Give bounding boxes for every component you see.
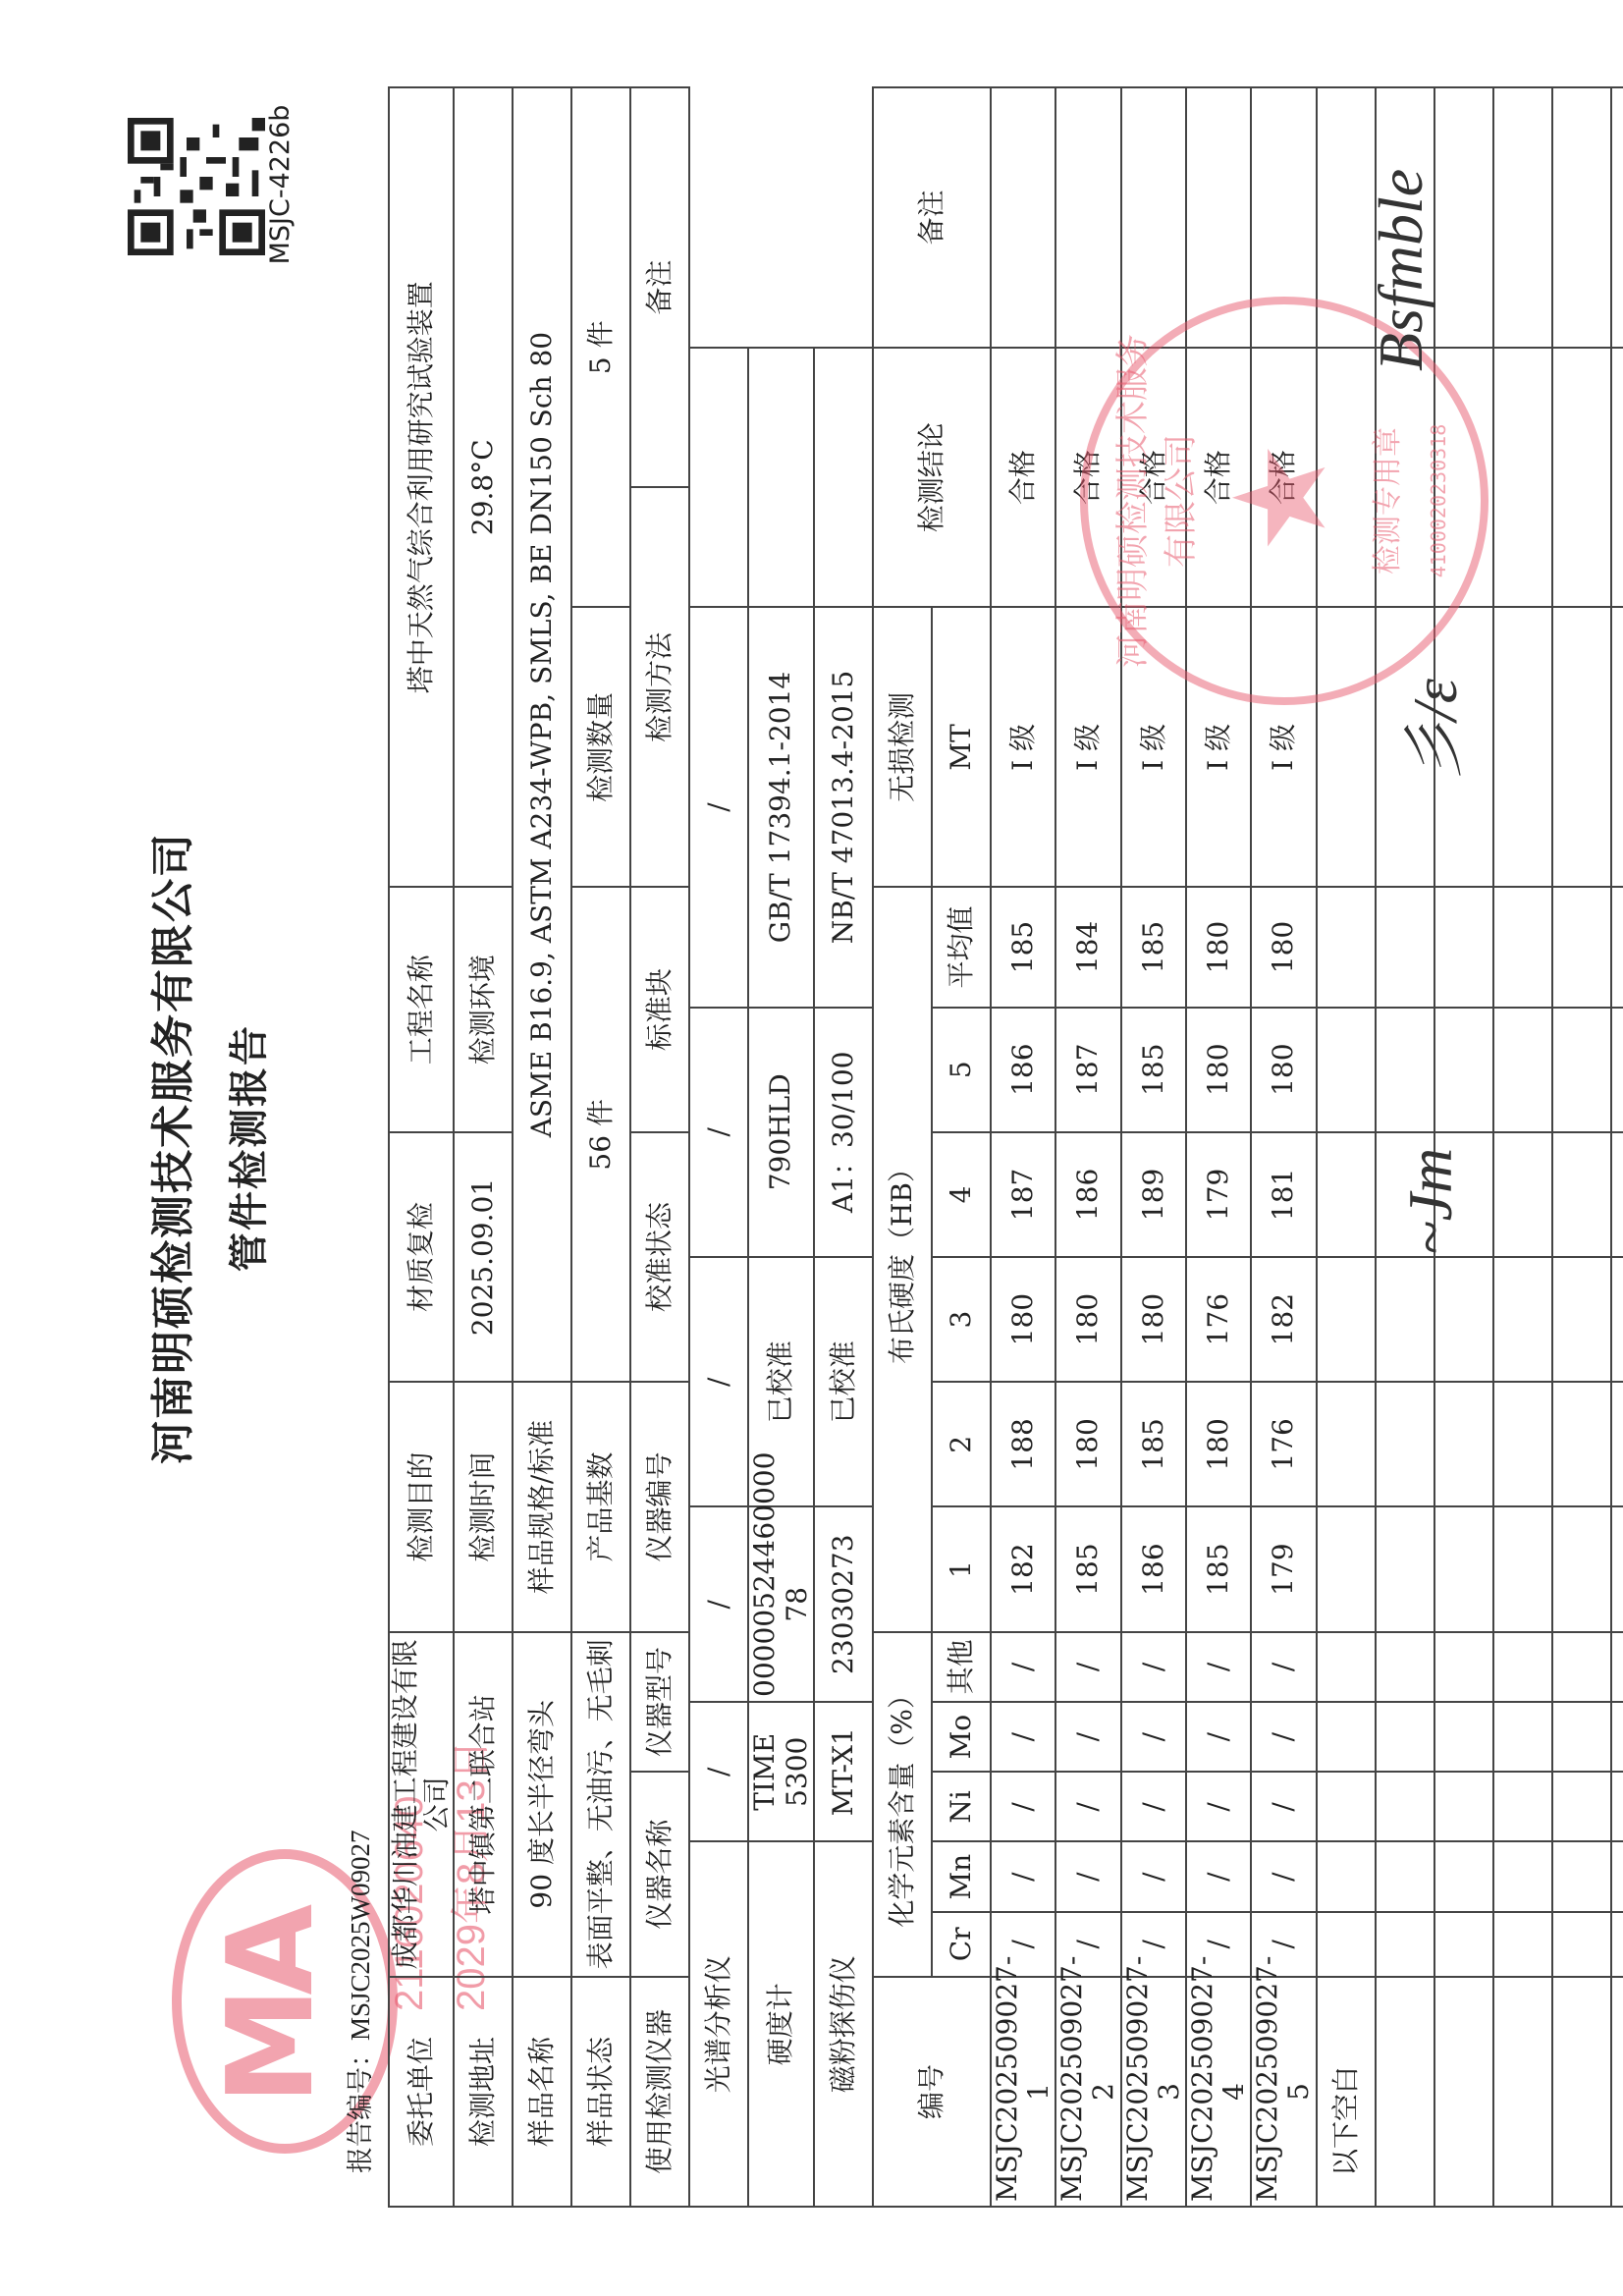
empty-cell (1552, 1506, 1611, 1631)
chem-value: / (1121, 1632, 1186, 1702)
empty-cell (1434, 1257, 1493, 1382)
empty-cell (1317, 1008, 1376, 1132)
empty-cell (1552, 1632, 1611, 1702)
instrument-name: 光谱分析仪 (689, 1842, 748, 2208)
document-code: MSJC-4226b (265, 77, 296, 293)
empty-cell (1552, 1912, 1611, 1977)
empty-cell (1611, 1912, 1623, 1977)
empty-cell (1317, 1132, 1376, 1257)
report-number-label: 报告编号： (346, 2041, 376, 2173)
conclusion: 合格 (991, 348, 1055, 608)
hb-value: 186 (1121, 1506, 1186, 1631)
hb-value: 186 (1055, 1132, 1120, 1257)
hb-col-header: 1 (932, 1506, 991, 1631)
empty-cell (1317, 1506, 1376, 1631)
site-value: 塔中镇第二联合站 (454, 1632, 513, 1977)
instrument-calibration: 已校准 (814, 1257, 873, 1506)
chem-value: / (1055, 1702, 1120, 1772)
empty-cell (1493, 887, 1552, 1007)
report-number: 报告编号：MSJC2025W09027 (339, 1830, 377, 2173)
empty-cell (1493, 1132, 1552, 1257)
instrument-col-calibration: 校准状态 (630, 1132, 689, 1382)
spec-label: 样品规格/标准 (513, 1382, 571, 1631)
instrument-model: MT-X1 (814, 1702, 873, 1842)
empty-cell (1552, 87, 1611, 348)
hb-value: 179 (1251, 1506, 1316, 1631)
empty-cell (1434, 1772, 1493, 1841)
empty-cell (1611, 87, 1623, 348)
hb-value: 180 (1186, 1382, 1251, 1506)
instrument-method: / (689, 607, 748, 1007)
info-row-client: 委托单位 成都华川油建工程建设有限公司 检测目的 材质复检 工程名称 塔中天然气… (389, 87, 454, 2207)
empty-cell (1434, 1632, 1493, 1702)
chem-value: / (991, 1842, 1055, 1912)
empty-row (1493, 87, 1552, 2207)
chem-value: / (991, 1702, 1055, 1772)
qr-code-icon (128, 118, 265, 255)
empty-cell (1552, 1382, 1611, 1506)
info-row-site: 检测地址 塔中镇第二联合站 检测时间 2025.09.01 检测环境 29.8°… (454, 87, 513, 2207)
empty-cell (1611, 1842, 1623, 1912)
empty-cell (1317, 1257, 1376, 1382)
remark (991, 87, 1055, 348)
hb-value: 187 (1055, 1008, 1120, 1132)
seal-purpose-text: 检测专用章 (1363, 363, 1406, 638)
instrument-name: 磁粉探伤仪 (814, 1842, 873, 2208)
instrument-method: GB/T 17394.1-2014 (748, 607, 813, 1007)
seal-company-text: 河南明硕检测技术服务有限公司 (1106, 334, 1202, 668)
empty-cell (1317, 1382, 1376, 1506)
hb-average: 180 (1186, 887, 1251, 1007)
instrument-block: / (689, 1008, 748, 1257)
empty-cell (1376, 1008, 1434, 1132)
chem-value: / (1251, 1702, 1316, 1772)
qty-value: 5 件 (571, 87, 630, 607)
test-report-page: 河南明硕检测技术服务有限公司 管件检测报告 MA 2116020640 2029… (0, 0, 1623, 2296)
client-label: 委托单位 (389, 1977, 454, 2207)
instrument-serial: 23030273 (814, 1506, 873, 1702)
chem-col-header: Cr (932, 1912, 991, 1977)
instrument-row: 硬度计TIME 530000000524460000​78已校准790HLDGB… (748, 87, 813, 2207)
empty-cell (1493, 87, 1552, 348)
report-number-value: MSJC2025W09027 (346, 1830, 375, 2041)
hb-value: 185 (1055, 1506, 1120, 1631)
chem-value: / (1251, 1632, 1316, 1702)
empty-cell (1493, 1702, 1552, 1772)
empty-cell (1552, 607, 1611, 887)
empty-cell (1434, 1702, 1493, 1772)
empty-cell (1376, 887, 1434, 1007)
empty-cell (1493, 1257, 1552, 1382)
empty-cell (1552, 1977, 1611, 2207)
empty-cell (1611, 607, 1623, 887)
instrument-remark (814, 348, 873, 608)
cma-logo-icon: MA (203, 1912, 340, 2105)
info-row-state: 样品状态 表面平整、无油污、无毛刺 产品基数 56 件 检测数量 5 件 (571, 87, 630, 2207)
instrument-calibration: / (689, 1257, 748, 1506)
chem-value: / (1121, 1842, 1186, 1912)
remark (1055, 87, 1120, 348)
chem-col-header: 其他 (932, 1632, 991, 1702)
hb-value: 176 (1186, 1257, 1251, 1382)
chem-value: / (1186, 1702, 1251, 1772)
hb-value: 182 (991, 1506, 1055, 1631)
reviewer-signature: 彡/ε (1384, 679, 1475, 784)
empty-row (1611, 87, 1623, 2207)
empty-cell (1434, 1912, 1493, 1977)
state-label: 样品状态 (571, 1977, 630, 2207)
hb-value: 181 (1251, 1132, 1316, 1257)
date-label: 检测时间 (454, 1382, 513, 1631)
hb-average: 185 (991, 887, 1055, 1007)
empty-cell (1493, 1382, 1552, 1506)
sample-label: 样品名称 (513, 1977, 571, 2207)
chem-value: / (991, 1632, 1055, 1702)
empty-cell (1611, 1132, 1623, 1257)
remark (1121, 87, 1186, 348)
hb-col-header: 3 (932, 1257, 991, 1382)
empty-cell (1317, 887, 1376, 1007)
instrument-model: / (689, 1702, 748, 1842)
empty-cell (1376, 1257, 1434, 1382)
instrument-serial: / (689, 1506, 748, 1702)
hb-average: 184 (1055, 887, 1120, 1007)
empty-cell (1611, 1506, 1623, 1631)
chem-value: / (1186, 1632, 1251, 1702)
hb-value: 185 (1186, 1506, 1251, 1631)
chem-value: / (991, 1772, 1055, 1841)
instrument-row: 磁粉探伤仪MT-X123030273已校准A1：30/100NB/T 47013… (814, 87, 873, 2207)
empty-cell (1493, 1772, 1552, 1841)
empty-cell (1376, 1977, 1434, 2207)
empty-cell (1611, 1977, 1623, 2207)
empty-cell (1552, 1008, 1611, 1132)
chem-value: / (1251, 1772, 1316, 1841)
instrument-col-remark: 备注 (630, 87, 689, 487)
instrument-row: 光谱分析仪///// (689, 87, 748, 2207)
spec-value: ASME B16.9, ASTM A234-WPB, SMLS, BE DN15… (513, 87, 571, 1382)
empty-cell (1611, 1702, 1623, 1772)
info-row-sample: 样品名称 90 度长半径弯头 样品规格/标准 ASME B16.9, ASTM … (513, 87, 571, 2207)
empty-cell (1611, 1632, 1623, 1702)
empty-cell (1552, 1257, 1611, 1382)
chem-value: / (1186, 1842, 1251, 1912)
sample-id: MSJC202509027-1 (991, 1977, 1055, 2207)
empty-cell (1611, 1257, 1623, 1382)
mt-col-header: MT (932, 607, 991, 887)
hb-value: 182 (1251, 1257, 1316, 1382)
state-value: 表面平整、无油污、无毛刺 (571, 1632, 630, 1977)
hb-value: 185 (1121, 1382, 1186, 1506)
chem-value: / (1055, 1772, 1120, 1841)
result-row: MSJC202509027-1/////182188180187186185I … (991, 87, 1055, 2207)
empty-cell (1611, 1382, 1623, 1506)
qty-label: 检测数量 (571, 607, 630, 887)
empty-cell (1434, 887, 1493, 1007)
empty-cell (1434, 87, 1493, 348)
empty-cell (1552, 1772, 1611, 1841)
hb-header: 布氏硬度（HB） (873, 887, 932, 1631)
chem-col-header: Ni (932, 1772, 991, 1841)
empty-cell (1611, 348, 1623, 608)
hb-value: 180 (991, 1257, 1055, 1382)
instrument-col-method: 检测方法 (630, 487, 689, 887)
empty-cell (1317, 1702, 1376, 1772)
hb-col-header: 4 (932, 1132, 991, 1257)
empty-cell (1317, 1912, 1376, 1977)
remark-header: 备注 (873, 87, 991, 348)
mt-grade: I 级 (991, 607, 1055, 887)
sample-id: MSJC202509027-3 (1121, 1977, 1186, 2207)
empty-cell (1493, 348, 1552, 608)
seal-number: 4100020230318 (1427, 383, 1450, 619)
chem-value: / (1121, 1702, 1186, 1772)
empty-cell (1376, 1382, 1434, 1506)
inspector-signature: ~Jm (1394, 1148, 1467, 1255)
hb-value: 176 (1251, 1382, 1316, 1506)
hb-average: 185 (1121, 887, 1186, 1007)
hb-value: 180 (1055, 1257, 1120, 1382)
instrument-method: NB/T 47013.4-2015 (814, 607, 873, 1007)
empty-cell (1611, 1008, 1623, 1132)
empty-cell (1552, 348, 1611, 608)
hb-value: 180 (1055, 1382, 1120, 1506)
empty-cell (1552, 1702, 1611, 1772)
sample-value: 90 度长半径弯头 (513, 1632, 571, 1977)
hb-col-header: 平均值 (932, 887, 991, 1007)
instrument-remark (748, 348, 813, 608)
instrument-header-row: 使用检测仪器 仪器名称 仪器型号 仪器编号 校准状态 标准块 检测方法 备注 (630, 87, 689, 2207)
site-label: 检测地址 (454, 1977, 513, 2207)
env-value: 29.8°C (454, 87, 513, 887)
empty-cell (1493, 1506, 1552, 1631)
chem-header: 化学元素含量（%） (873, 1632, 932, 1977)
client-value: 成都华川油建工程建设有限公司 (389, 1632, 454, 1977)
empty-cell (1376, 1842, 1434, 1912)
empty-cell (1376, 1506, 1434, 1631)
empty-cell (1611, 1772, 1623, 1841)
hb-value: 180 (1121, 1257, 1186, 1382)
base-label: 产品基数 (571, 1382, 630, 1631)
hb-average: 180 (1251, 887, 1316, 1007)
empty-cell (1552, 1842, 1611, 1912)
instrument-block: 790HLD (748, 1008, 813, 1257)
empty-cell (1376, 1912, 1434, 1977)
empty-cell (1376, 1772, 1434, 1841)
sample-id: MSJC202509027-4 (1186, 1977, 1251, 2207)
empty-cell (1317, 1632, 1376, 1702)
results-header-row-1: 编号 化学元素含量（%） 布氏硬度（HB） 无损检测 检测结论 备注 (873, 87, 932, 2207)
purpose-value: 材质复检 (389, 1132, 454, 1382)
approver-signature: Bsfmble (1365, 169, 1437, 371)
instrument-col-block: 标准块 (630, 887, 689, 1131)
hb-value: 180 (1186, 1008, 1251, 1132)
empty-cell (1434, 1506, 1493, 1631)
empty-cell (1317, 1772, 1376, 1841)
empty-cell (1376, 1632, 1434, 1702)
instrument-model: TIME 5300 (748, 1702, 813, 1842)
empty-cell (1434, 1382, 1493, 1506)
chem-col-header: Mo (932, 1702, 991, 1772)
seal-star-icon: ★ (1206, 440, 1355, 555)
ndt-header: 无损检测 (873, 607, 932, 887)
hb-value: 185 (1121, 1008, 1186, 1132)
empty-cell (1493, 1632, 1552, 1702)
instrument-col-name: 仪器名称 (630, 1772, 689, 1977)
sample-id: MSJC202509027-5 (1251, 1977, 1316, 2207)
chem-value: / (1186, 1772, 1251, 1841)
project-value: 塔中天然气综合利用研究试验装置 (389, 87, 454, 887)
empty-cell (1493, 1842, 1552, 1912)
empty-cell (1552, 887, 1611, 1007)
empty-cell (1434, 1008, 1493, 1132)
purpose-label: 检测目的 (389, 1382, 454, 1631)
chem-value: / (1251, 1842, 1316, 1912)
instrument-col-serial: 仪器编号 (630, 1382, 689, 1631)
date-value: 2025.09.01 (454, 1132, 513, 1382)
hb-value: 179 (1186, 1132, 1251, 1257)
chem-value: / (1121, 1772, 1186, 1841)
chem-col-header: Mn (932, 1842, 991, 1912)
empty-cell (1611, 887, 1623, 1007)
empty-cell (1317, 1842, 1376, 1912)
empty-cell (1434, 1842, 1493, 1912)
hb-value: 180 (1251, 1008, 1316, 1132)
base-value: 56 件 (571, 887, 630, 1382)
sample-id: MSJC202509027-2 (1055, 1977, 1120, 2207)
instrument-remark (689, 348, 748, 608)
hb-value: 188 (991, 1382, 1055, 1506)
blank-marker: 以下空白 (1317, 1977, 1376, 2207)
empty-row (1552, 87, 1611, 2207)
chem-value: / (1055, 1632, 1120, 1702)
empty-cell (1376, 1702, 1434, 1772)
instrument-col-model: 仪器型号 (630, 1632, 689, 1773)
chem-value: / (1055, 1842, 1120, 1912)
instrument-serial: 00000524460000​78 (748, 1506, 813, 1702)
project-label: 工程名称 (389, 887, 454, 1131)
hb-value: 186 (991, 1008, 1055, 1132)
hb-col-header: 2 (932, 1382, 991, 1506)
instrument-name: 硬度计 (748, 1842, 813, 2208)
empty-cell (1493, 607, 1552, 887)
empty-cell (1434, 1977, 1493, 2207)
hb-value: 187 (991, 1132, 1055, 1257)
hb-col-header: 5 (932, 1008, 991, 1132)
empty-cell (1493, 1008, 1552, 1132)
empty-cell (1552, 1132, 1611, 1257)
empty-cell (1493, 1912, 1552, 1977)
empty-cell (1493, 1977, 1552, 2207)
conclusion-header: 检测结论 (873, 348, 991, 608)
instrument-block: A1：30/100 (814, 1008, 873, 1257)
hb-value: 189 (1121, 1132, 1186, 1257)
instrument-section-label: 使用检测仪器 (630, 1977, 689, 2207)
env-label: 检测环境 (454, 887, 513, 1131)
id-header: 编号 (873, 1977, 991, 2207)
